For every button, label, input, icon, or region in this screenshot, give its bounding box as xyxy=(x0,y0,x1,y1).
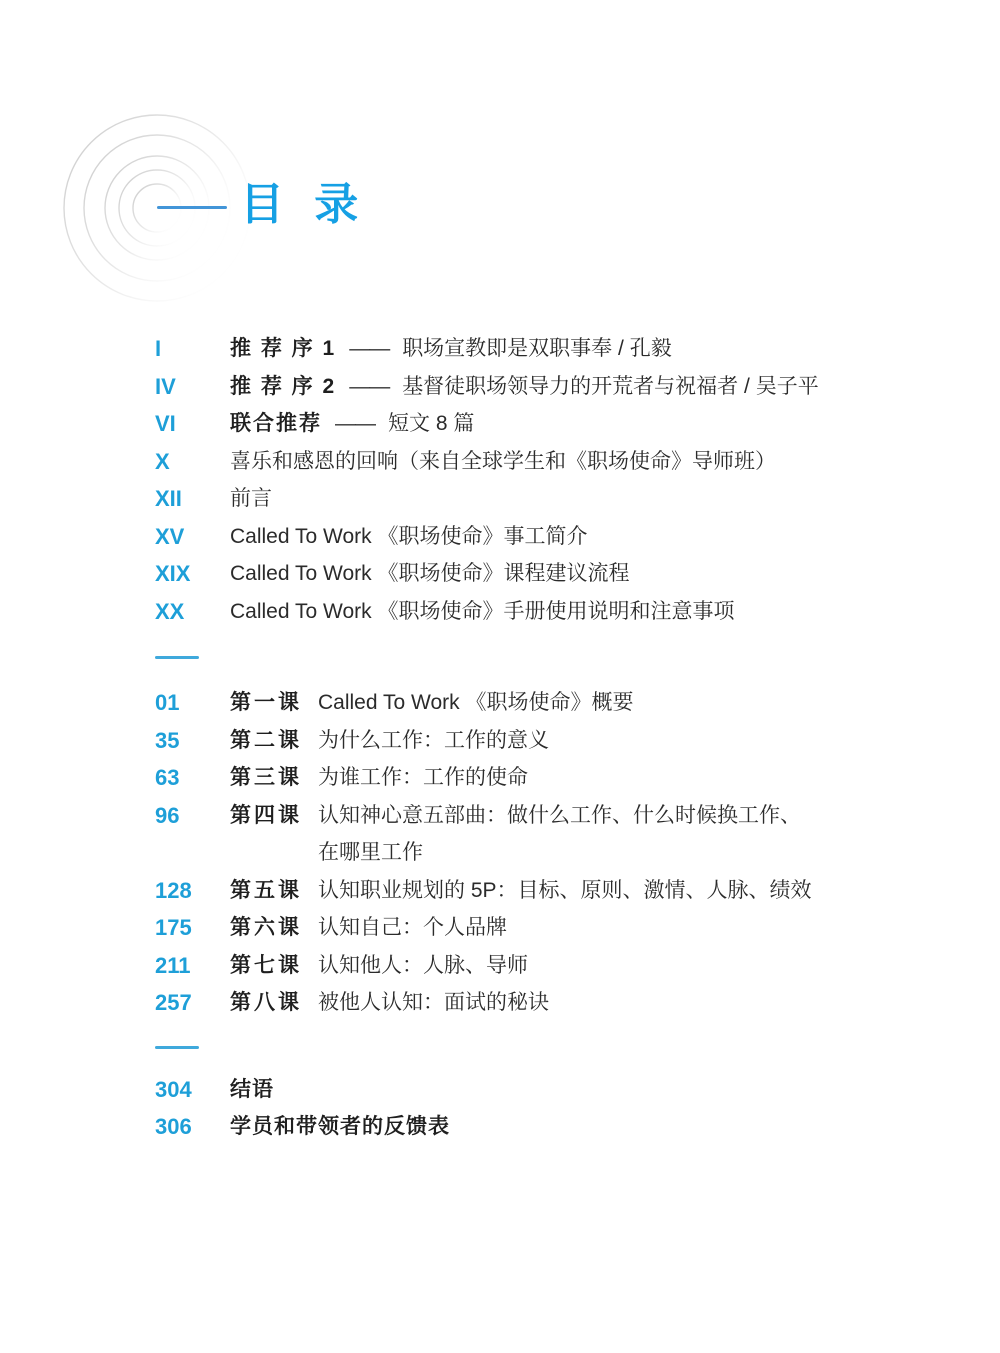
entry-title: Called To Work 《职场使命》事工简介 xyxy=(230,518,587,556)
page-number: 35 xyxy=(155,722,230,760)
ripple-circles-graphic xyxy=(57,112,257,312)
page-title: 目 录 xyxy=(240,180,361,230)
chapter-label: 第三课 xyxy=(230,759,318,797)
toc-entry: 35 第二课 为什么工作：工作的意义 xyxy=(155,722,945,760)
chapter-title: 认知神心意五部曲：做什么工作、什么时候换工作、 在哪里工作 xyxy=(318,797,945,872)
page-number: 128 xyxy=(155,872,230,910)
entry-title: 短文 8 篇 xyxy=(388,412,474,435)
chapter-title-line1: 认知神心意五部曲：做什么工作、什么时候换工作、 xyxy=(318,797,945,835)
page-number: XIX xyxy=(155,555,230,593)
toc-entry: 128 第五课 认知职业规划的 5P：目标、原则、激情、人脉、绩效 xyxy=(155,872,945,910)
chapter-title: 为什么工作：工作的意义 xyxy=(318,722,945,760)
toc-entry: X 喜乐和感恩的回响（来自全球学生和《职场使命》导师班） xyxy=(155,443,945,481)
toc-entry: XV Called To Work 《职场使命》事工简介 xyxy=(155,518,945,556)
page-number: I xyxy=(155,330,230,368)
page-number: IV xyxy=(155,368,230,406)
page-number: 257 xyxy=(155,984,230,1022)
page-number: 63 xyxy=(155,759,230,797)
chapter-label: 第一课 xyxy=(230,684,318,722)
page-number: X xyxy=(155,443,230,481)
chapter-title: Called To Work 《职场使命》概要 xyxy=(318,684,945,722)
title-rule-line xyxy=(157,206,227,209)
chapter-label: 第七课 xyxy=(230,947,318,985)
toc-entry: XII 前言 xyxy=(155,480,945,518)
chapter-label: 第五课 xyxy=(230,872,318,910)
page-number: 96 xyxy=(155,797,230,835)
entry-title: 结语 xyxy=(230,1071,274,1109)
page-number: XV xyxy=(155,518,230,556)
chapter-label: 第八课 xyxy=(230,984,318,1022)
toc-entry: 96 第四课 认知神心意五部曲：做什么工作、什么时候换工作、 在哪里工作 xyxy=(155,797,945,872)
section-divider xyxy=(155,656,199,659)
chapter-title: 认知他人：人脉、导师 xyxy=(318,947,945,985)
toc-entry: 304 结语 xyxy=(155,1071,945,1109)
entry-title: Called To Work 《职场使命》手册使用说明和注意事项 xyxy=(230,593,734,631)
entry-content: 联合推荐——短文 8 篇 xyxy=(230,405,474,443)
toc-entry: VI 联合推荐——短文 8 篇 xyxy=(155,405,945,443)
entry-title: 职场宣教即是双职事奉 / 孔毅 xyxy=(402,337,672,360)
em-dash: —— xyxy=(335,405,375,443)
entry-title: 基督徒职场领导力的开荒者与祝福者 / 吴子平 xyxy=(402,375,819,398)
chapter-label: 第二课 xyxy=(230,722,318,760)
chapter-title: 认知职业规划的 5P：目标、原则、激情、人脉、绩效 xyxy=(318,872,945,910)
page-number: 211 xyxy=(155,947,230,985)
page-number: 304 xyxy=(155,1071,230,1109)
toc-entry: XIX Called To Work 《职场使命》课程建议流程 xyxy=(155,555,945,593)
entry-title: 学员和带领者的反馈表 xyxy=(230,1108,450,1146)
page-number: 01 xyxy=(155,684,230,722)
entry-content: 推 荐 序 2——基督徒职场领导力的开荒者与祝福者 / 吴子平 xyxy=(230,368,819,406)
page-number: VI xyxy=(155,405,230,443)
chapter-title: 为谁工作：工作的使命 xyxy=(318,759,945,797)
table-of-contents: I 推 荐 序 1——职场宣教即是双职事奉 / 孔毅 IV 推 荐 序 2——基… xyxy=(155,330,945,1146)
chapter-label: 第六课 xyxy=(230,909,318,947)
entry-title: 前言 xyxy=(230,480,272,518)
toc-entry: 01 第一课 Called To Work 《职场使命》概要 xyxy=(155,684,945,722)
em-dash: —— xyxy=(349,330,389,368)
section-divider xyxy=(155,1046,199,1049)
page-number: 306 xyxy=(155,1108,230,1146)
entry-content: 推 荐 序 1——职场宣教即是双职事奉 / 孔毅 xyxy=(230,330,672,368)
toc-entry: I 推 荐 序 1——职场宣教即是双职事奉 / 孔毅 xyxy=(155,330,945,368)
entry-title: 喜乐和感恩的回响（来自全球学生和《职场使命》导师班） xyxy=(230,443,776,481)
toc-entry: 63 第三课 为谁工作：工作的使命 xyxy=(155,759,945,797)
page-number: XX xyxy=(155,593,230,631)
toc-entry: IV 推 荐 序 2——基督徒职场领导力的开荒者与祝福者 / 吴子平 xyxy=(155,368,945,406)
toc-entry: 257 第八课 被他人认知：面试的秘诀 xyxy=(155,984,945,1022)
chapter-title: 认知自己：个人品牌 xyxy=(318,909,945,947)
em-dash: —— xyxy=(349,368,389,406)
toc-entry: XX Called To Work 《职场使命》手册使用说明和注意事项 xyxy=(155,593,945,631)
toc-entry: 306 学员和带领者的反馈表 xyxy=(155,1108,945,1146)
entry-title: Called To Work 《职场使命》课程建议流程 xyxy=(230,555,629,593)
chapter-title: 被他人认知：面试的秘诀 xyxy=(318,984,945,1022)
entry-label: 推 荐 序 2 xyxy=(230,375,336,398)
chapter-label: 第四课 xyxy=(230,797,318,835)
toc-entry: 211 第七课 认知他人：人脉、导师 xyxy=(155,947,945,985)
page-number: XII xyxy=(155,480,230,518)
toc-page: 目 录 I 推 荐 序 1——职场宣教即是双职事奉 / 孔毅 IV 推 荐 序 … xyxy=(0,0,1000,1353)
entry-label: 联合推荐 xyxy=(230,412,322,435)
chapter-title-line2: 在哪里工作 xyxy=(318,834,945,872)
toc-entry: 175 第六课 认知自己：个人品牌 xyxy=(155,909,945,947)
entry-label: 推 荐 序 1 xyxy=(230,337,336,360)
page-number: 175 xyxy=(155,909,230,947)
